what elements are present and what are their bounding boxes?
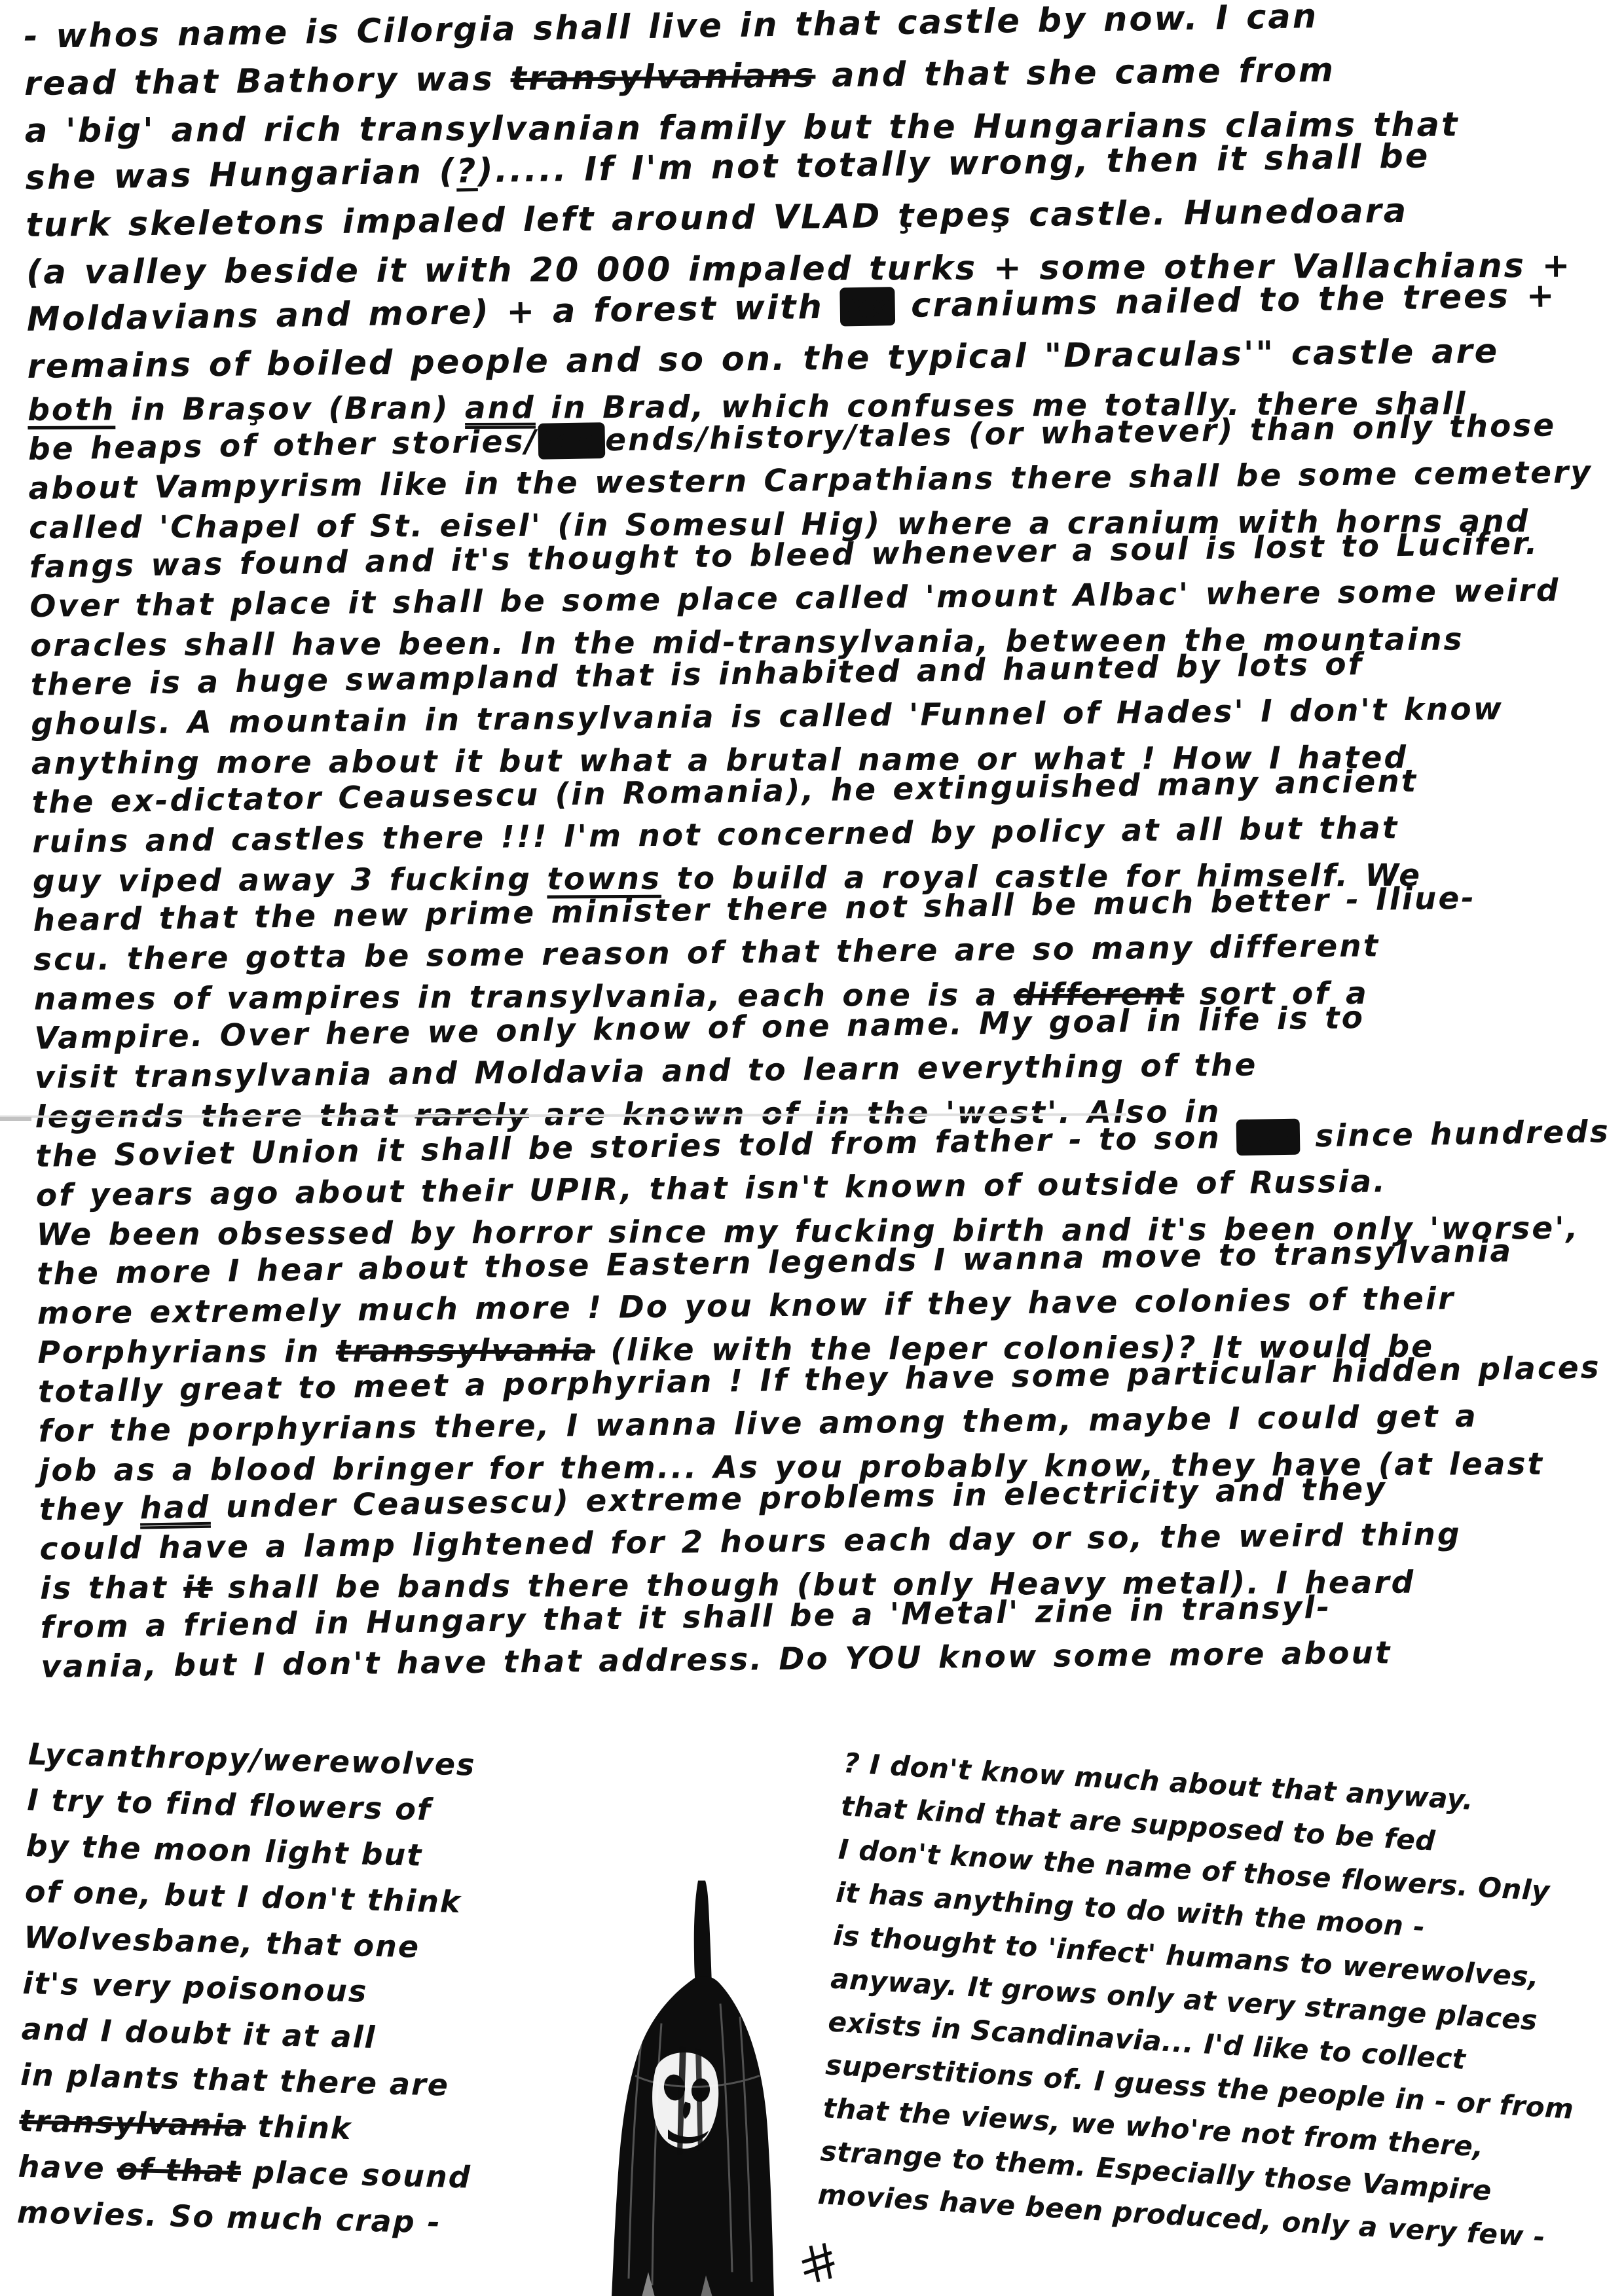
letter-text: it <box>183 1570 213 1606</box>
letter-text: transylvania <box>19 2103 246 2143</box>
letter-text: place sound <box>240 2154 471 2195</box>
letter-text: of that <box>117 2151 242 2189</box>
main-text-block: - whos name is Cilorgia shall live in th… <box>24 0 1624 1688</box>
scribbled-out-word: for <box>1236 1119 1301 1156</box>
letter-text: since hundreds <box>1300 1114 1611 1154</box>
letter-text: movies. So much crap - <box>16 2195 441 2240</box>
letter-text: in plants that there are <box>20 2057 450 2103</box>
bottom-left-column: Lycanthropy/werewolvesI try to find flow… <box>16 1732 592 2250</box>
letter-text: and <box>465 390 536 426</box>
letter-text: had <box>139 1489 211 1527</box>
letter-text: is that <box>40 1570 183 1607</box>
letter-text: have <box>18 2149 117 2187</box>
letter-text: transsylvania <box>336 1332 595 1370</box>
letter-text: Moldavians and more) + a forest with <box>26 287 840 338</box>
letter-text: towns <box>547 861 661 898</box>
letter-text: and I doubt it at all <box>21 2011 377 2055</box>
scribbled-out-word: xx <box>840 287 895 326</box>
letter-text: Wolvesbane, that one <box>24 1920 420 1965</box>
letter-text: turk skeletons impaled left around VLAD … <box>26 192 1408 245</box>
scanned-letter-page: { "page": { "kind": "scanned handwritten… <box>0 0 1624 2296</box>
letter-text: read that Bathory was <box>24 60 511 103</box>
letter-text: guy viped away 3 fucking <box>33 862 547 900</box>
letter-text: be heaps of other stories/ <box>28 424 538 467</box>
letter-text: ? <box>456 152 478 191</box>
letter-text: I try to find flowers of <box>27 1782 432 1827</box>
bottom-right-column: ? I don't know much about that anyway.th… <box>817 1743 1616 2263</box>
letter-text: by the moon light but <box>26 1828 423 1873</box>
letter-text: they <box>39 1490 140 1527</box>
letter-text: of one, but I don't think <box>24 1874 462 1920</box>
scribbled-out-word: leg <box>538 422 605 460</box>
hooded-ghoul-skull-drawing-icon <box>544 1878 851 2296</box>
letter-text: she was Hungarian ( <box>25 153 456 198</box>
letter-text: Porphyrians in <box>37 1334 336 1371</box>
letter-text: craniums nailed to the trees + <box>895 276 1557 325</box>
letter-text: Lycanthropy/werewolves <box>28 1736 477 1783</box>
letter-text: and that she came from <box>815 51 1335 95</box>
letter-text: it's very poisonous <box>22 1965 368 2009</box>
letter-text: in Braşov (Bran) <box>115 390 465 428</box>
letter-text: think <box>246 2108 352 2146</box>
fold-crease-edge <box>0 1117 31 1121</box>
bottom-section: Lycanthropy/werewolvesI try to find flow… <box>0 1728 1624 2296</box>
letter-text: - whos name is Cilorgia shall live in th… <box>24 0 1319 56</box>
letter-text: both <box>28 392 115 428</box>
letter-text: transylvanians <box>510 56 815 98</box>
